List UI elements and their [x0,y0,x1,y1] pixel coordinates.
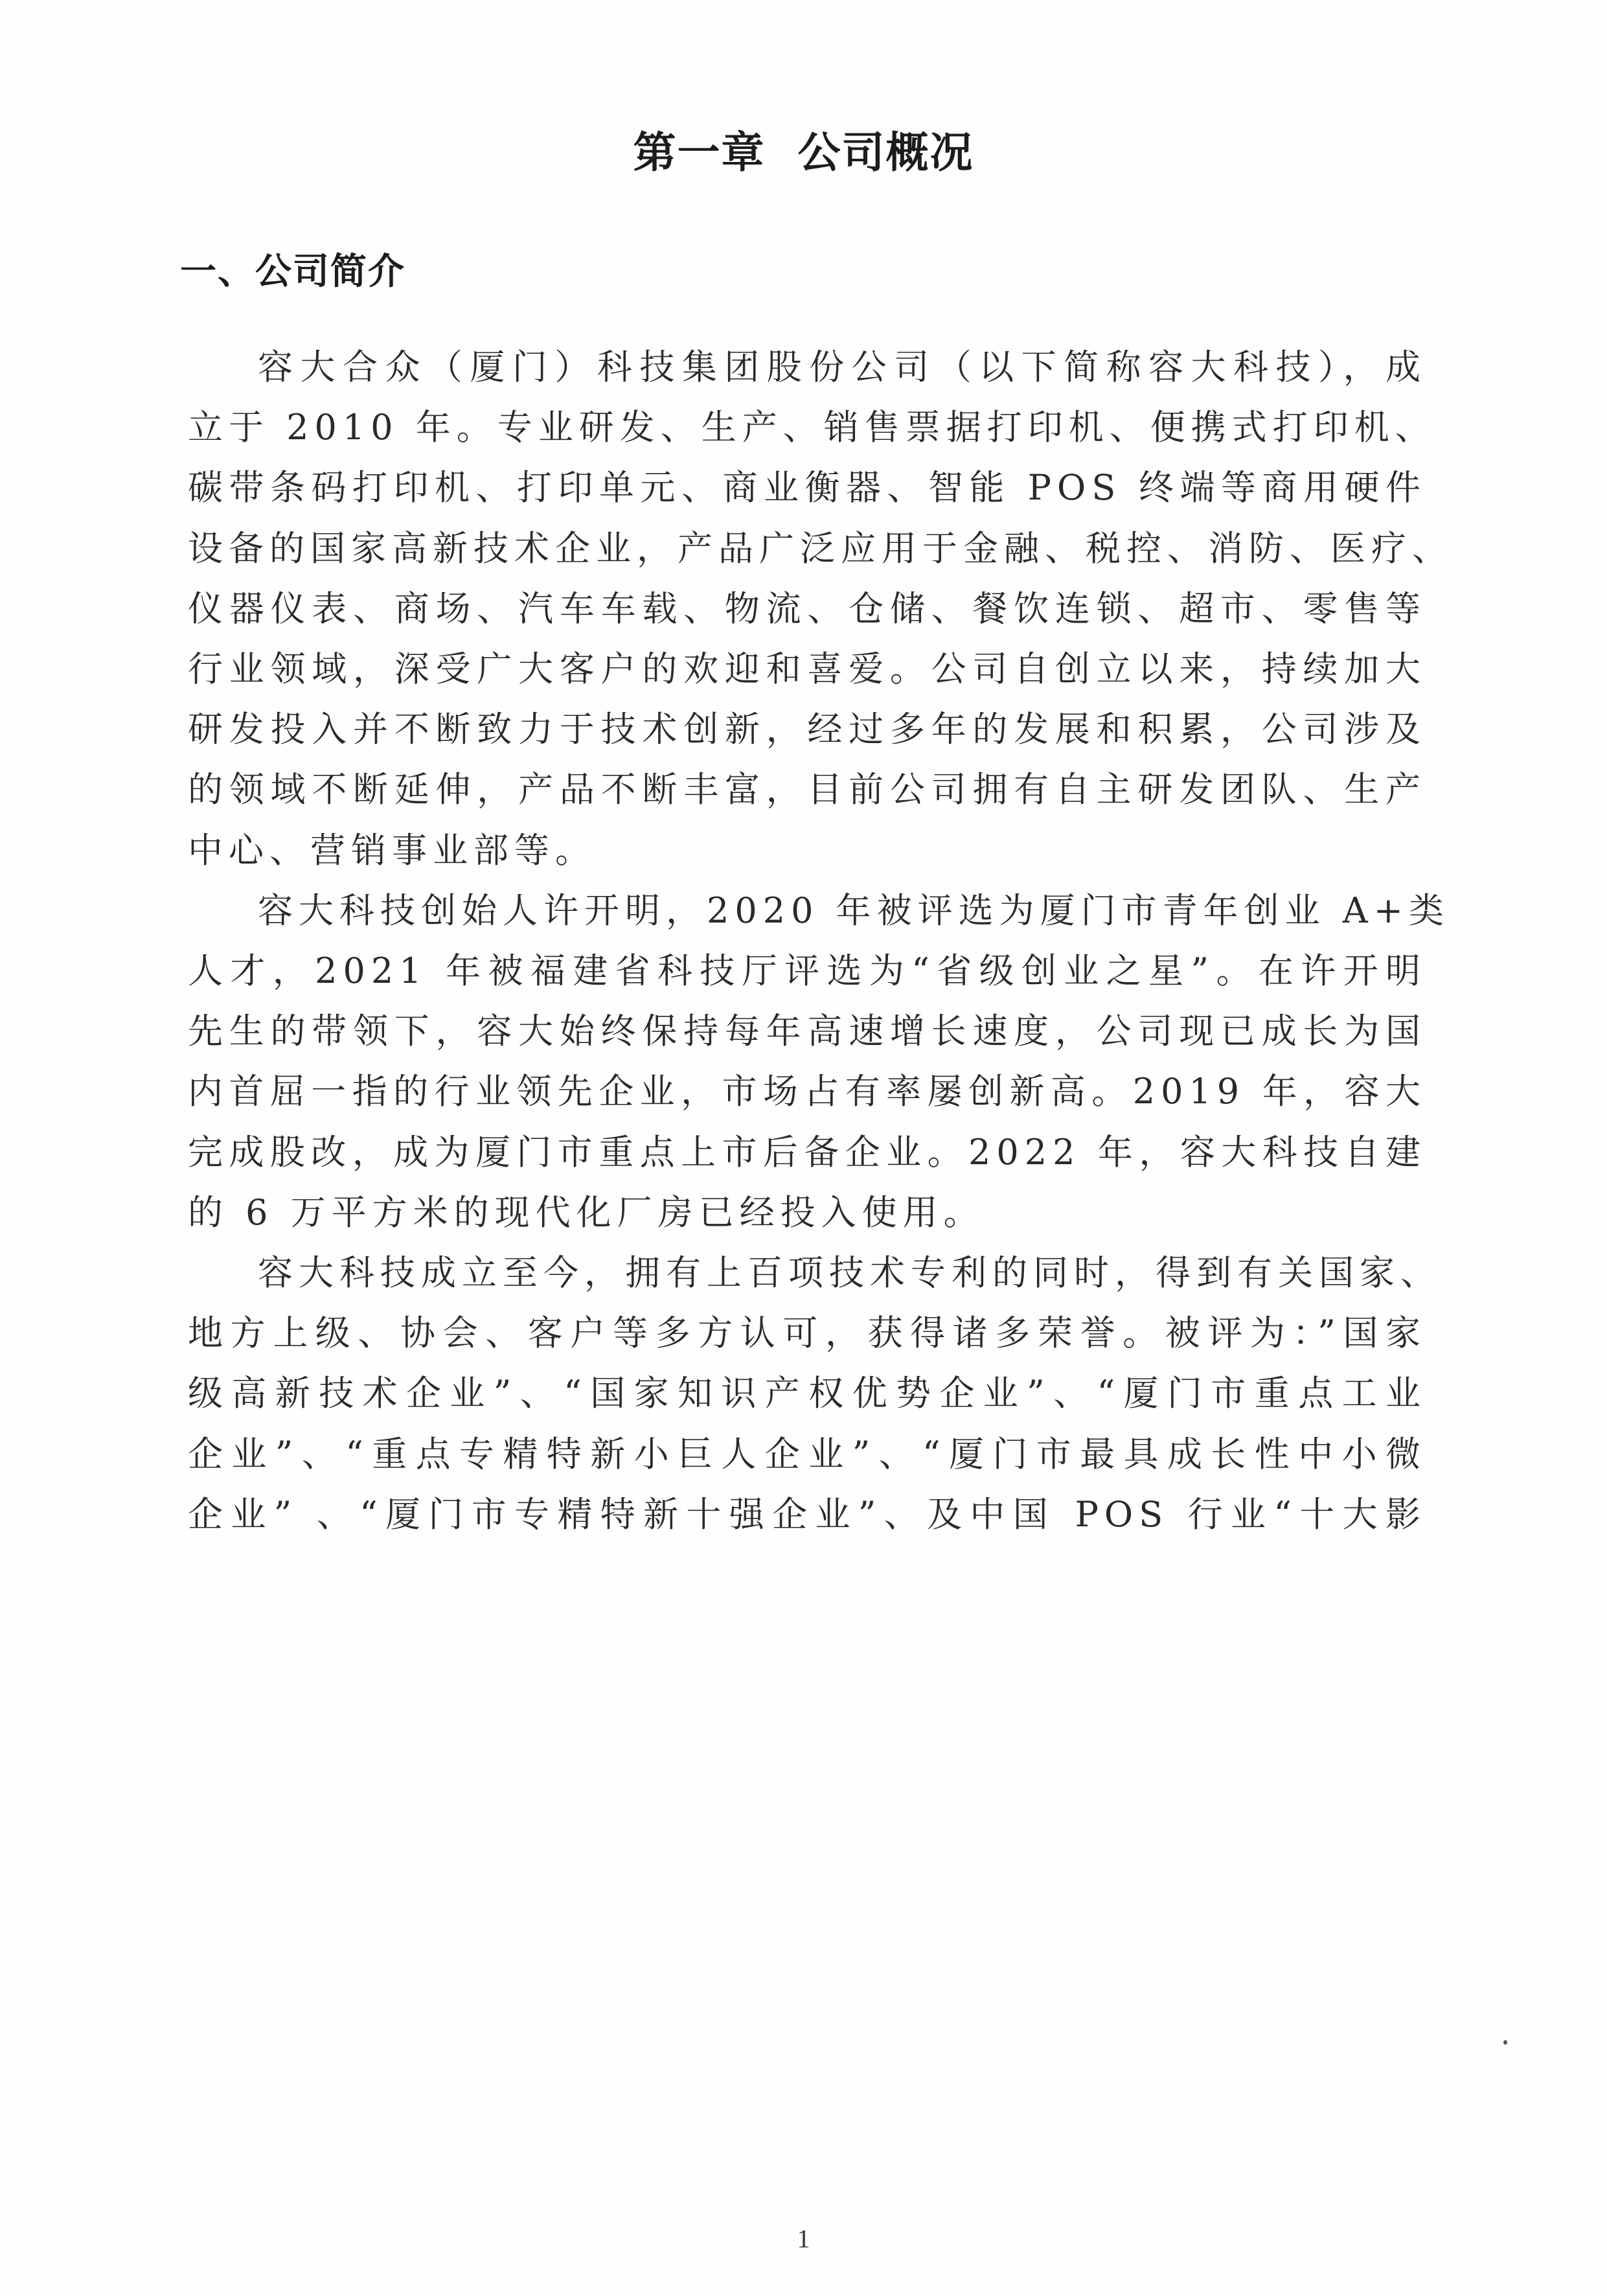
paragraph-honors: 容大科技成立至今，拥有上百项技术专利的同时，得到有关国家、 地方上级、协会、客户… [188,1243,1426,1544]
document-page: 第一章 公司概况 一、公司简介 容大合众（厦门）科技集团股份公司（以下简称容大科… [0,0,1607,2296]
text-line: 仪器仪表、商场、汽车车载、物流、仓储、餐饮连锁、超市、零售等 [188,579,1426,639]
text-line: 级高新技术企业”、“国家知识产权优势企业”、“厦门市重点工业 [188,1363,1426,1423]
text-line: 容大科技创始人许开明，2020 年被评选为厦门市青年创业 A+类 [188,880,1426,941]
scan-speck [1503,2040,1507,2045]
paragraph-founder: 容大科技创始人许开明，2020 年被评选为厦门市青年创业 A+类 人才，2021… [188,880,1426,1243]
text-line: 完成股改，成为厦门市重点上市后备企业。2022 年，容大科技自建 [188,1122,1426,1182]
text-line: 先生的带领下，容大始终保持每年高速增长速度，公司现已成长为国 [188,1001,1426,1061]
section-title: 一、公司简介 [180,249,405,295]
text-line: 的领域不断延伸，产品不断丰富，目前公司拥有自主研发团队、生产 [188,759,1426,820]
text-line: 容大科技成立至今，拥有上百项技术专利的同时，得到有关国家、 [188,1243,1426,1303]
paragraph-company-intro: 容大合众（厦门）科技集团股份公司（以下简称容大科技），成 立于 2010 年。专… [188,337,1426,880]
text-line: 企业”、“重点专精特新小巨人企业”、“厦门市最具成长性中小微 [188,1424,1426,1484]
document-body: 容大合众（厦门）科技集团股份公司（以下简称容大科技），成 立于 2010 年。专… [188,337,1426,1544]
text-line: 研发投入并不断致力于技术创新，经过多年的发展和积累，公司涉及 [188,699,1426,759]
text-line: 人才，2021 年被福建省科技厅评选为“省级创业之星”。在许开明 [188,941,1426,1001]
text-line: 碳带条码打印机、打印单元、商业衡器、智能 POS 终端等商用硬件 [188,457,1426,518]
text-line: 容大合众（厦门）科技集团股份公司（以下简称容大科技），成 [188,337,1426,397]
text-line: 内首屈一指的行业领先企业，市场占有率屡创新高。2019 年，容大 [188,1061,1426,1121]
text-line: 企业” 、“厦门市专精特新十强企业”、及中国 POS 行业“十大影 [188,1484,1426,1544]
text-line: 地方上级、协会、客户等多方认可，获得诸多荣誉。被评为：”国家 [188,1303,1426,1363]
page-number: 1 [0,2223,1607,2254]
text-line: 的 6 万平方米的现代化厂房已经投入使用。 [188,1182,1426,1243]
text-line: 中心、营销事业部等。 [188,820,1426,880]
text-line: 立于 2010 年。专业研发、生产、销售票据打印机、便携式打印机、 [188,397,1426,457]
chapter-title: 第一章 公司概况 [0,127,1607,179]
text-line: 行业领域，深受广大客户的欢迎和喜爱。公司自创立以来，持续加大 [188,639,1426,699]
text-line: 设备的国家高新技术企业，产品广泛应用于金融、税控、消防、医疗、 [188,518,1426,579]
